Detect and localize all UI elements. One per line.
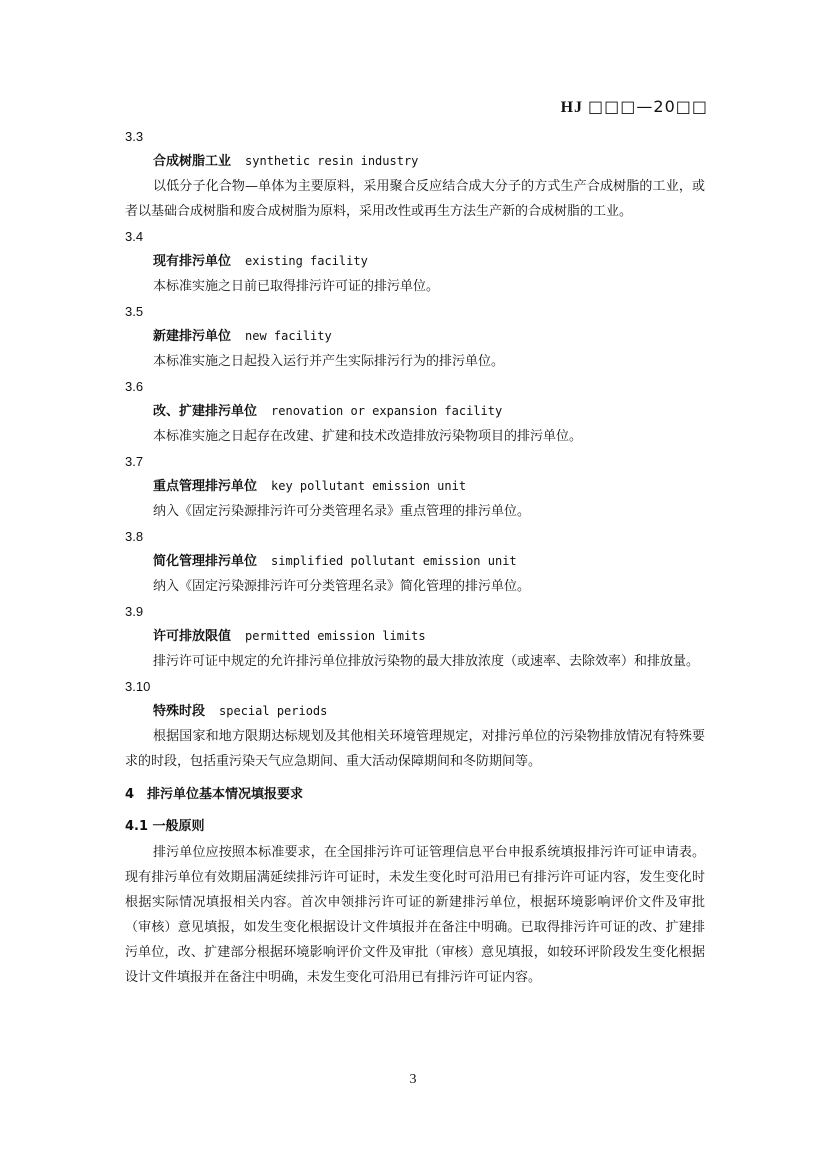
term-title: 新建排污单位new facility xyxy=(125,324,705,349)
term-chinese: 合成树脂工业 xyxy=(153,154,231,169)
term-number: 3.4 xyxy=(125,224,705,249)
term-chinese: 新建排污单位 xyxy=(153,329,231,344)
term-number: 3.8 xyxy=(125,524,705,549)
page-number: 3 xyxy=(0,1072,826,1088)
term-chinese: 简化管理排污单位 xyxy=(153,554,257,569)
term-definition: 本标准实施之日起投入运行并产生实际排污行为的排污单位。 xyxy=(125,349,705,374)
term-title: 重点管理排污单位key pollutant emission unit xyxy=(125,474,705,499)
term-definition: 排污许可证中规定的允许排污单位排放污染物的最大排放浓度（或速率、去除效率）和排放… xyxy=(125,649,705,674)
standard-number-boxes: □□□ xyxy=(588,97,636,116)
term-number: 3.7 xyxy=(125,449,705,474)
term-title: 简化管理排污单位simplified pollutant emission un… xyxy=(125,549,705,574)
term-definition: 纳入《固定污染源排污许可分类管理名录》简化管理的排污单位。 xyxy=(125,574,705,599)
term-title: 特殊时段special periods xyxy=(125,699,705,724)
standard-prefix: HJ xyxy=(561,99,588,116)
term-english: existing facility xyxy=(245,254,368,268)
term-definition: 本标准实施之日前已取得排污许可证的排污单位。 xyxy=(125,274,705,299)
term-english: simplified pollutant emission unit xyxy=(271,554,517,568)
term-english: key pollutant emission unit xyxy=(271,479,466,493)
term-chinese: 许可排放限值 xyxy=(153,629,231,644)
term-definition: 本标准实施之日起存在改建、扩建和技术改造排放污染物项目的排污单位。 xyxy=(125,424,705,449)
term-entry: 3.3 合成树脂工业synthetic resin industry 以低分子化… xyxy=(125,124,705,224)
term-english: special periods xyxy=(219,704,327,718)
term-title: 现有排污单位existing facility xyxy=(125,249,705,274)
term-definition: 根据国家和地方限期达标规划及其他相关环境管理规定，对排污单位的污染物排放情况有特… xyxy=(125,724,705,774)
term-english: renovation or expansion facility xyxy=(271,404,502,418)
term-entry: 3.10 特殊时段special periods 根据国家和地方限期达标规划及其… xyxy=(125,674,705,774)
term-chinese: 改、扩建排污单位 xyxy=(153,404,257,419)
terms-list: 3.3 合成树脂工业synthetic resin industry 以低分子化… xyxy=(125,124,705,774)
term-number: 3.10 xyxy=(125,674,705,699)
term-title: 许可排放限值permitted emission limits xyxy=(125,624,705,649)
term-entry: 3.9 许可排放限值permitted emission limits 排污许可… xyxy=(125,599,705,674)
term-chinese: 重点管理排污单位 xyxy=(153,479,257,494)
term-number: 3.5 xyxy=(125,299,705,324)
term-definition: 纳入《固定污染源排污许可分类管理名录》重点管理的排污单位。 xyxy=(125,499,705,524)
term-english: synthetic resin industry xyxy=(245,154,418,168)
term-definition: 以低分子化合物—单体为主要原料，采用聚合反应结合成大分子的方式生产合成树脂的工业… xyxy=(125,174,705,224)
term-number: 3.3 xyxy=(125,124,705,149)
term-entry: 3.8 简化管理排污单位simplified pollutant emissio… xyxy=(125,524,705,599)
term-english: permitted emission limits xyxy=(245,629,426,643)
term-entry: 3.4 现有排污单位existing facility 本标准实施之日前已取得排… xyxy=(125,224,705,299)
section-4-1-heading: 4.1 一般原则 xyxy=(125,814,705,840)
standard-year: —20□□ xyxy=(636,97,708,116)
term-chinese: 现有排污单位 xyxy=(153,254,231,269)
section-4-1-paragraph: 排污单位应按照本标准要求，在全国排污许可证管理信息平台申报系统填报排污许可证申请… xyxy=(125,840,705,990)
term-chinese: 特殊时段 xyxy=(153,704,205,719)
term-number: 3.6 xyxy=(125,374,705,399)
document-body: 3.3 合成树脂工业synthetic resin industry 以低分子化… xyxy=(125,124,705,990)
term-entry: 3.5 新建排污单位new facility 本标准实施之日起投入运行并产生实际… xyxy=(125,299,705,374)
term-number: 3.9 xyxy=(125,599,705,624)
term-english: new facility xyxy=(245,329,332,343)
term-title: 改、扩建排污单位renovation or expansion facility xyxy=(125,399,705,424)
term-title: 合成树脂工业synthetic resin industry xyxy=(125,149,705,174)
document-header: HJ □□□—20□□ xyxy=(561,97,708,117)
term-entry: 3.6 改、扩建排污单位renovation or expansion faci… xyxy=(125,374,705,449)
term-entry: 3.7 重点管理排污单位key pollutant emission unit … xyxy=(125,449,705,524)
section-4-heading: 4 排污单位基本情况填报要求 xyxy=(125,782,705,808)
